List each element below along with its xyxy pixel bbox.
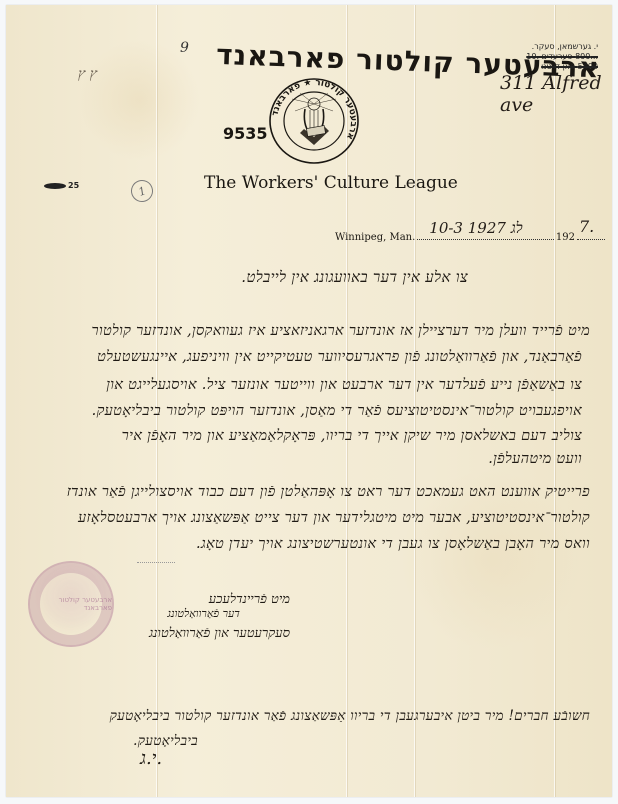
signoff-line: דער פֿאַרוואַלטונג xyxy=(100,604,240,624)
handwritten-year: 7. xyxy=(579,217,594,236)
fold-line xyxy=(554,5,555,797)
lyre-emblem-icon: ארבעטער קולטור ★ פארבאנד xyxy=(267,77,361,165)
pencil-dash xyxy=(137,562,175,564)
serial-number: 9535 xyxy=(223,124,268,143)
letterhead-english-title: The Workers' Culture League xyxy=(204,173,458,193)
letter-line: פֿאַרבאַנד, און פֿאַרוואַלטונג פֿון פראג… xyxy=(97,349,582,366)
signature-block: מיט פֿריינדלעכע דער פֿאַרוואַלטונג סעקרע… xyxy=(100,590,290,644)
handwritten-address: 311 Alfred ave xyxy=(500,72,618,116)
fold-line xyxy=(414,5,415,797)
pencil-marks: ץ ץ xyxy=(78,66,97,83)
letter-line: צו באַשאַפֿן נייע פֿעלדער אין דער ארבעט … xyxy=(106,377,582,394)
letter-line: פרייטיק אווענט האט געמאכט דער ראט צו אָפ… xyxy=(67,484,590,501)
initials-signature: י.ג. xyxy=(140,748,162,769)
sender-name: י. גערשמאן, סעקר. xyxy=(498,42,598,52)
union-label-number: 25 xyxy=(68,181,79,190)
sender-address-block: י. גערשמאן, סעקר. ...800 פערעדים .10 549… xyxy=(498,42,598,72)
city-label: Winnipeg, Man. xyxy=(335,232,415,243)
struck-address-line: 5490 פאן דויטנו xyxy=(498,62,598,72)
struck-address-line: ...800 פערעדים .10 xyxy=(498,52,598,62)
letter-line: מיט פֿרייד וועלן מיר דערציילן אז אונדזער… xyxy=(92,323,590,340)
fold-line xyxy=(156,5,157,797)
letter-line: אויפגעבויט קולטור־אינסטיטוציעס פֿאַר די … xyxy=(92,403,582,420)
salutation: צו אלע אין דער באוועגונג אין לייבלט. xyxy=(241,268,468,287)
union-label-icon xyxy=(44,183,66,189)
letter-line: צוליב דעם באשלאסן מיר שיקן אייך די בריוו… xyxy=(122,428,582,445)
letter-line: וואס מיר האָבן באַשלאָסן צו געבן די אונט… xyxy=(196,536,590,553)
postscript-line: ביבליאָטעק. xyxy=(133,733,198,749)
year-prefix: 192 xyxy=(556,232,575,243)
letter-line: וועט מיטהעלפֿן. xyxy=(488,451,582,468)
union-label: 25 xyxy=(44,181,79,190)
date-field: 10-3 לג 1927 xyxy=(417,229,554,240)
dateline: Winnipeg, Man. 10-3 לג 1927 192 7. xyxy=(335,229,605,243)
handwritten-date: 10-3 לג 1927 xyxy=(429,219,522,238)
letter-line: קולטור־אינסטיטוציע, אבער מיט מיטגלידער א… xyxy=(78,510,590,527)
year-field: 7. xyxy=(577,229,605,240)
postscript-line: חשובֿע חברים! מיר ביטן איבערגעבן די בריו… xyxy=(110,708,590,724)
signoff-line: סעקרעטער און פֿאַרוואַלטונג xyxy=(100,624,290,644)
